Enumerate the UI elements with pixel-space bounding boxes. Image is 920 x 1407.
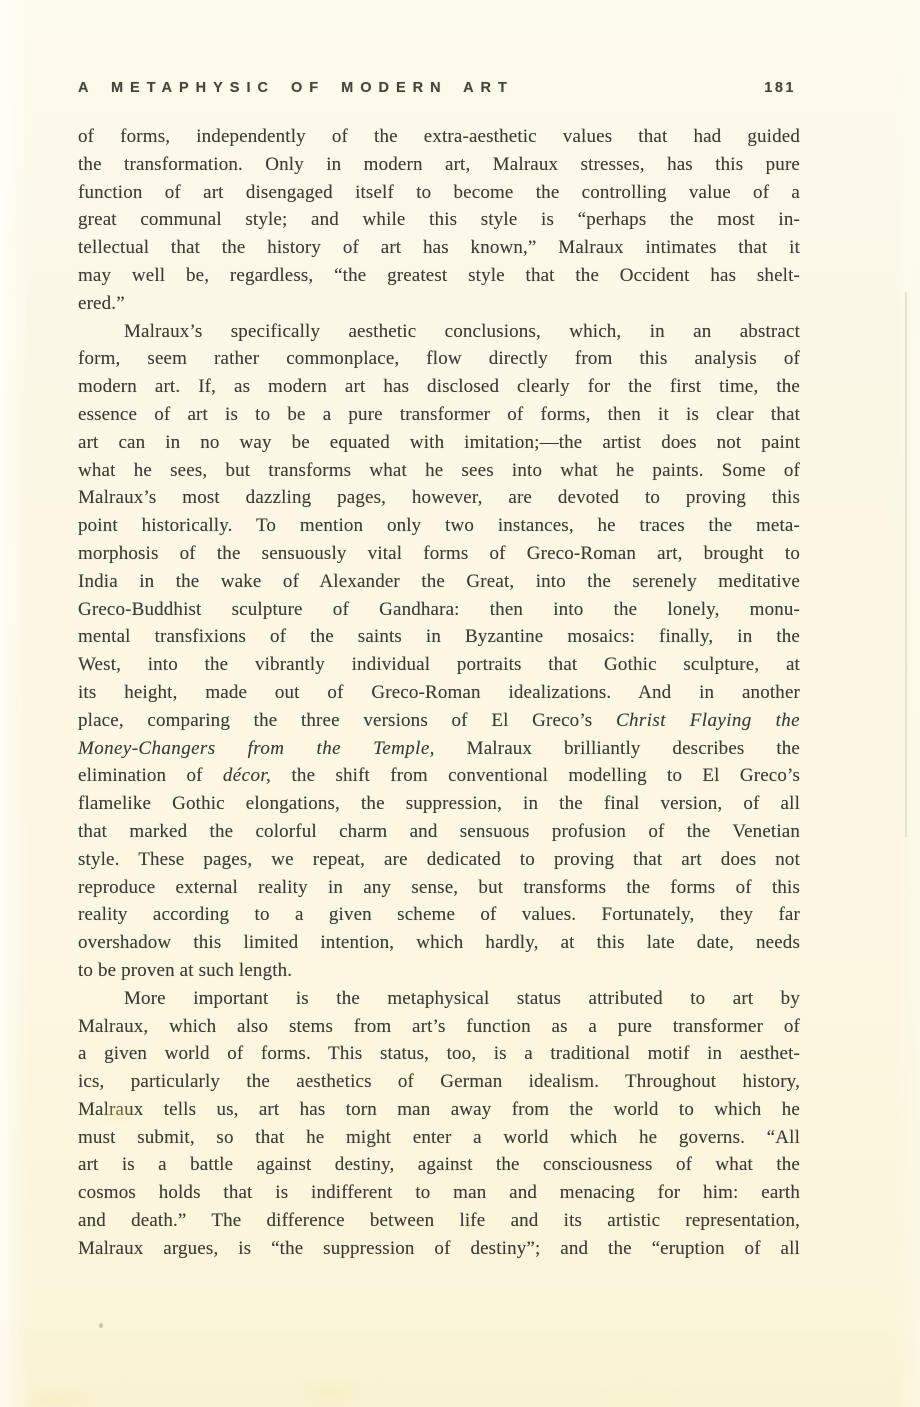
text-line: the transformation. Only in modern art, … <box>78 151 800 179</box>
text-line: modern art. If, as modern art has disclo… <box>78 373 800 401</box>
text-line: style. These pages, we repeat, are dedic… <box>78 846 800 874</box>
text-line: that marked the colorful charm and sensu… <box>78 818 800 846</box>
text-line: Malraux, which also stems from art’s fun… <box>78 1013 800 1041</box>
text-line: a given world of forms. This status, too… <box>78 1040 800 1068</box>
text-line: must submit, so that he might enter a wo… <box>78 1124 800 1152</box>
text-line: Malraux’s specifically aesthetic conclus… <box>78 318 800 346</box>
text-line: of forms, independently of the extra-aes… <box>78 123 800 151</box>
text-line: flamelike Gothic elongations, the suppre… <box>78 790 800 818</box>
text-line: tellectual that the history of art has k… <box>78 234 800 262</box>
text-block: of forms, independently of the extra-aes… <box>78 123 800 1263</box>
scan-bottom-mottle <box>0 1337 920 1407</box>
text-line: art is a battle against destiny, against… <box>78 1151 800 1179</box>
text-line: reproduce external reality in any sense,… <box>78 874 800 902</box>
text-line: place, comparing the three versions of E… <box>78 707 800 735</box>
text-line: what he sees, but transforms what he see… <box>78 457 800 485</box>
text-line: may well be, regardless, “the greatest s… <box>78 262 800 290</box>
paragraph: Malraux’s specifically aesthetic conclus… <box>78 318 800 985</box>
paragraph: of forms, independently of the extra-aes… <box>78 123 800 318</box>
paragraph: More important is the metaphysical statu… <box>78 985 800 1263</box>
text-line: essence of art is to be a pure transform… <box>78 401 800 429</box>
text-line: its height, made out of Greco-Roman idea… <box>78 679 800 707</box>
italic-text: Money-Changers from the Temple, <box>78 738 435 759</box>
text-line: reality according to a given scheme of v… <box>78 901 800 929</box>
text-line: cosmos holds that is indifferent to man … <box>78 1179 800 1207</box>
text-line: mental transfixions of the saints in Byz… <box>78 623 800 651</box>
text-line: to be proven at such length. <box>78 957 800 985</box>
text-line: morphosis of the sensuously vital forms … <box>78 540 800 568</box>
text-line: Money-Changers from the Temple, Malraux … <box>78 735 800 763</box>
text-line: ics, particularly the aesthetics of Germ… <box>78 1068 800 1096</box>
italic-text: décor, <box>223 765 271 786</box>
scan-speck <box>99 1323 103 1328</box>
text-line: More important is the metaphysical statu… <box>78 985 800 1013</box>
scan-blotch <box>96 1096 142 1130</box>
text-line: function of art disengaged itself to bec… <box>78 179 800 207</box>
text-line: Malraux argues, is “the suppression of d… <box>78 1235 800 1263</box>
running-head-title: A METAPHYSIC OF MODERN ART <box>78 80 514 96</box>
text-line: point historically. To mention only two … <box>78 512 800 540</box>
text-line: West, into the vibrantly individual port… <box>78 651 800 679</box>
scan-edge-line-artifact <box>905 292 907 837</box>
page-number: 181 <box>764 80 796 96</box>
text-line: great communal style; and while this sty… <box>78 206 800 234</box>
text-line: and death.” The difference between life … <box>78 1207 800 1235</box>
text-line: overshadow this limited intention, which… <box>78 929 800 957</box>
running-head: A METAPHYSIC OF MODERN ART 181 <box>78 80 800 96</box>
text-line: form, seem rather commonplace, flow dire… <box>78 345 800 373</box>
text-line: Greco-Buddhist sculpture of Gandhara: th… <box>78 596 800 624</box>
text-line: ered.” <box>78 290 800 318</box>
italic-text: Christ Flaying the <box>616 710 800 731</box>
text-line: elimination of décor, the shift from con… <box>78 762 800 790</box>
text-line: India in the wake of Alexander the Great… <box>78 568 800 596</box>
text-line: Malraux tells us, art has torn man away … <box>78 1096 800 1124</box>
text-line: Malraux’s most dazzling pages, however, … <box>78 484 800 512</box>
book-page: A METAPHYSIC OF MODERN ART 181 of forms,… <box>0 0 920 1407</box>
text-line: art can in no way be equated with imitat… <box>78 429 800 457</box>
